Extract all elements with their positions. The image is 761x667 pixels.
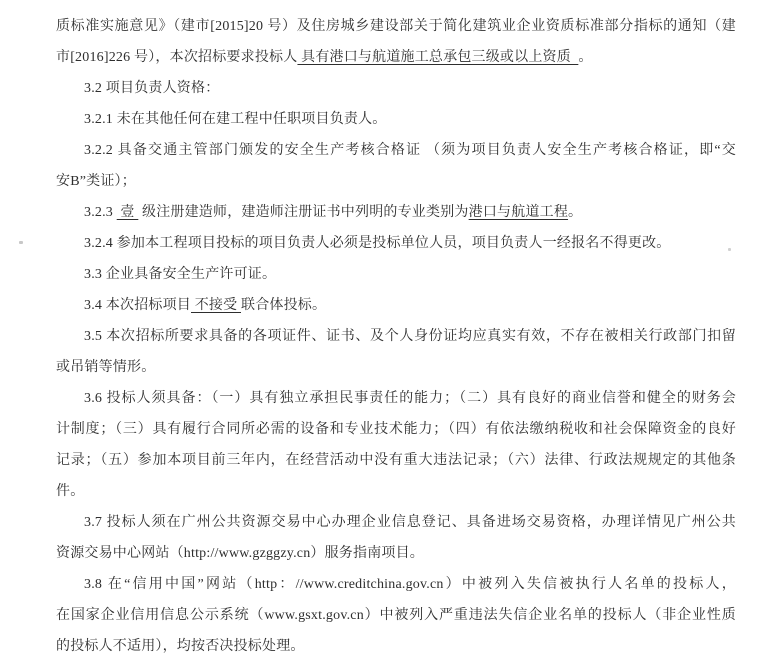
text-line: 3.2 项目负责人资格： — [56, 73, 736, 104]
text-line: 质标准实施意见》（建市[2015]20 号）及住房城乡建设部关于简化建筑业企业资… — [56, 11, 736, 42]
text-segment: 记录；（五）参加本项目前三年内，在经营活动中没有重大违法记录；（六）法律、行政法… — [56, 453, 736, 468]
text-segment: 的投标人不适用），均按否决投标处理。 — [56, 639, 305, 654]
filled-blank: 具有港口与航道施工总承包三级或以上资质 — [297, 50, 578, 65]
text-segment: 3.8 在“信用中国”网站（http：//www.creditchina.gov… — [84, 577, 736, 592]
filled-blank: 不接受 — [191, 298, 241, 313]
text-line: 3.3 企业具备安全生产许可证。 — [56, 259, 736, 290]
text-line: 记录；（五）参加本项目前三年内，在经营活动中没有重大违法记录；（六）法律、行政法… — [56, 445, 736, 476]
text-line: 3.2.3 壹 级注册建造师，建造师注册证书中列明的专业类别为港口与航道工程。 — [56, 197, 736, 228]
text-segment: 级注册建造师，建造师注册证书中列明的专业类别为 — [138, 205, 468, 220]
text-segment: 3.2.3 — [84, 205, 117, 220]
document-page: 质标准实施意见》（建市[2015]20 号）及住房城乡建设部关于简化建筑业企业资… — [0, 0, 761, 667]
text-line: 市[2016]226 号），本次招标要求投标人 具有港口与航道施工总承包三级或以… — [56, 42, 736, 73]
text-segment: 资源交易中心网站（http://www.gzggzy.cn）服务指南项目。 — [56, 546, 424, 561]
text-segment: 安B”类证）； — [56, 174, 136, 189]
filled-blank: 壹 — [117, 205, 139, 220]
scan-speck-right — [728, 248, 731, 251]
text-segment: 3.3 企业具备安全生产许可证。 — [84, 267, 276, 282]
text-line: 3.2.4 参加本工程项目投标的项目负责人必须是投标单位人员，项目负责人一经报名… — [56, 228, 736, 259]
text-line: 3.4 本次招标项目 不接受 联合体投标。 — [56, 290, 736, 321]
text-line: 或吊销等情形。 — [56, 352, 736, 383]
text-segment: 联合体投标。 — [241, 298, 326, 313]
text-line: 3.7 投标人须在广州公共资源交易中心办理企业信息登记、具备进场交易资格，办理详… — [56, 507, 736, 538]
scan-speck-left — [19, 241, 23, 244]
text-segment: 。 — [578, 50, 592, 65]
text-segment: 件。 — [56, 484, 84, 499]
text-segment: 市[2016]226 号），本次招标要求投标人 — [56, 50, 297, 65]
text-segment: 3.2 项目负责人资格： — [84, 81, 219, 96]
text-segment: 3.2.4 参加本工程项目投标的项目负责人必须是投标单位人员，项目负责人一经报名… — [84, 236, 671, 251]
text-segment: 计制度；（三）具有履行合同所必需的设备和专业技术能力；（四）有依法缴纳税收和社会… — [56, 422, 736, 437]
text-segment: 3.5 本次招标所要求具备的各项证件、证书、及个人身份证均应真实有效，不存在被相… — [84, 329, 736, 344]
text-segment: 。 — [568, 205, 582, 220]
text-line: 3.2.1 未在其他任何在建工程中任职项目负责人。 — [56, 104, 736, 135]
filled-blank: 港口与航道工程 — [469, 205, 568, 220]
text-block: 质标准实施意见》（建市[2015]20 号）及住房城乡建设部关于简化建筑业企业资… — [56, 11, 736, 662]
text-segment: 3.7 投标人须在广州公共资源交易中心办理企业信息登记、具备进场交易资格，办理详… — [84, 515, 736, 530]
text-segment: 或吊销等情形。 — [56, 360, 155, 375]
text-line: 件。 — [56, 476, 736, 507]
text-segment: 3.6 投标人须具备：（一）具有独立承担民事责任的能力；（二）具有良好的商业信誉… — [84, 391, 736, 406]
text-line: 安B”类证）； — [56, 166, 736, 197]
text-line: 的投标人不适用），均按否决投标处理。 — [56, 631, 736, 662]
text-line: 3.5 本次招标所要求具备的各项证件、证书、及个人身份证均应真实有效，不存在被相… — [56, 321, 736, 352]
text-segment: 质标准实施意见》（建市[2015]20 号）及住房城乡建设部关于简化建筑业企业资… — [56, 19, 736, 34]
text-line: 3.8 在“信用中国”网站（http：//www.creditchina.gov… — [56, 569, 736, 600]
text-line: 在国家企业信用信息公示系统（www.gsxt.gov.cn）中被列入严重违法失信… — [56, 600, 736, 631]
text-segment: 3.2.1 未在其他任何在建工程中任职项目负责人。 — [84, 112, 387, 127]
text-segment: 3.4 本次招标项目 — [84, 298, 191, 313]
text-segment: 在国家企业信用信息公示系统（www.gsxt.gov.cn）中被列入严重违法失信… — [56, 608, 736, 623]
text-segment: 3.2.2 具备交通主管部门颁发的安全生产考核合格证 （须为项目负责人安全生产考… — [84, 143, 736, 158]
text-line: 3.6 投标人须具备：（一）具有独立承担民事责任的能力；（二）具有良好的商业信誉… — [56, 383, 736, 414]
text-line: 3.2.2 具备交通主管部门颁发的安全生产考核合格证 （须为项目负责人安全生产考… — [56, 135, 736, 166]
text-line: 计制度；（三）具有履行合同所必需的设备和专业技术能力；（四）有依法缴纳税收和社会… — [56, 414, 736, 445]
text-line: 资源交易中心网站（http://www.gzggzy.cn）服务指南项目。 — [56, 538, 736, 569]
